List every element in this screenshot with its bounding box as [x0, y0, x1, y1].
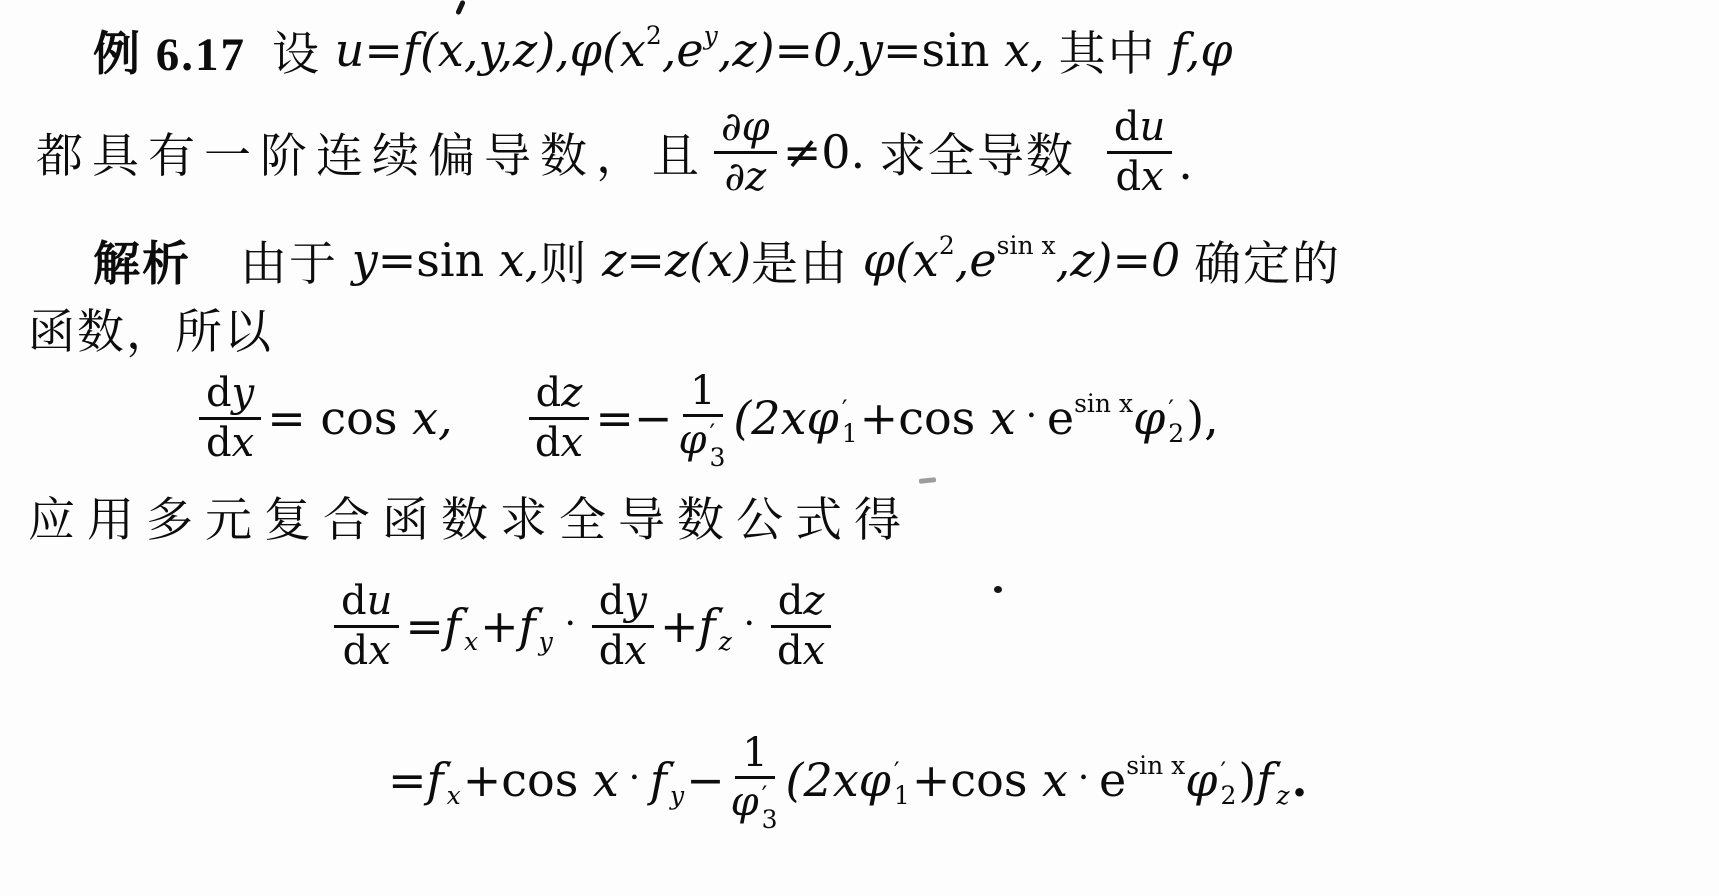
differential-d: d — [343, 629, 369, 674]
fraction-numerator: 1 — [683, 369, 722, 418]
fraction-numerator: 1 — [735, 731, 774, 780]
math-run: ,z)=0,y= — [718, 23, 922, 77]
superscript-sinx: sin x — [997, 231, 1056, 260]
fraction-numerator: dz — [529, 371, 590, 420]
solution-label: 解析 — [93, 227, 191, 294]
text-run: 函数，所以 — [28, 295, 273, 362]
fraction-denominator: dx — [343, 628, 391, 674]
period: . — [1292, 753, 1308, 807]
superscript-sinx: sin x — [1074, 389, 1133, 418]
multiplication-dot: • — [567, 613, 574, 636]
fraction-numerator: du — [1107, 105, 1172, 154]
prime-subscript-stack: ′y — [539, 605, 553, 654]
fraction-denominator: φ′3 — [731, 779, 780, 829]
equation-chain-rule-1: du dx = f ′x + f ′y • dy dx + f ′z • dz … — [328, 556, 837, 696]
fraction-one-over-phi3: 1 φ′3 — [678, 369, 727, 468]
math-run: f,φ — [1170, 23, 1232, 77]
superscript-2: 2 — [939, 231, 955, 260]
math-run: ,e — [955, 233, 997, 287]
fraction-denominator: dx — [1115, 154, 1163, 200]
prime-mark: ′ — [1168, 397, 1174, 421]
sin-function: sin — [416, 233, 484, 287]
math-run: x, — [989, 23, 1044, 77]
solution-line-3: 应用多元复合函数求全导数公式得 — [28, 486, 913, 546]
math-run: φ(x — [863, 233, 939, 287]
cos-function: cos — [898, 391, 975, 445]
close-paren: ) — [1238, 753, 1256, 807]
fraction-denominator: ∂z — [724, 154, 766, 200]
example-statement-line-2: 都具有一阶连续偏导数，且 ∂φ ∂z ≠0. 求全导数 du dx . — [36, 100, 1193, 204]
fraction-du-dx: du dx — [334, 579, 399, 674]
multiplication-dot: • — [1028, 405, 1035, 428]
fraction-dz-dx: dz dx — [771, 579, 832, 674]
text-run: 应用多元复合函数求全导数公式得 — [28, 483, 913, 550]
differential-d: d — [206, 421, 232, 466]
fraction-numerator: ∂φ — [714, 105, 777, 154]
phi-symbol: φ — [1133, 391, 1165, 445]
subscript-1: 1 — [842, 421, 858, 446]
close-paren-comma: ), — [1186, 391, 1219, 445]
prime-mark: ′ — [670, 759, 676, 783]
text-run: 是由 — [751, 227, 863, 294]
prime-mark: ′ — [539, 605, 545, 629]
example-statement-line-1: 例 6.17 设 u=f(x,y,z),φ(x 2 ,e y ,z)=0,y= … — [93, 14, 1233, 86]
math-run: x, — [484, 233, 539, 287]
variable-x: x — [803, 629, 826, 674]
scan-artifact — [994, 586, 1002, 593]
prime-mark: ′ — [447, 759, 453, 783]
function-f: f — [519, 599, 536, 653]
fraction-denominator: dx — [777, 628, 825, 674]
fraction-numerator: du — [334, 579, 399, 628]
phi-symbol: φ — [1185, 753, 1217, 807]
math-run: x, — [397, 391, 452, 445]
phi-symbol: φ — [678, 418, 706, 463]
subscript-2: 2 — [1168, 421, 1184, 446]
sin-function: sin — [922, 23, 990, 77]
variable-y: y — [624, 579, 647, 624]
equation-chain-rule-2: = f ′x + cos x • f ′y − 1 φ′3 (2xφ ′1 + … — [388, 692, 1308, 868]
prime-subscript-stack: ′y — [670, 759, 684, 808]
differential-d: d — [599, 629, 625, 674]
fraction-denominator: dx — [206, 420, 254, 466]
math-run: u=f(x,y,z),φ(x — [335, 23, 646, 77]
fraction-du-dx: du dx — [1107, 105, 1172, 200]
text-run: 都具有一阶连续偏导数，且 — [36, 119, 708, 186]
function-f: f — [650, 753, 667, 807]
prime-subscript-stack: ′2 — [1220, 759, 1236, 808]
equals-sign: = — [388, 753, 427, 807]
variable-x: x — [368, 629, 391, 674]
fraction-dy-dx: dy dx — [592, 579, 654, 674]
fraction-dz-dx: dz dx — [529, 371, 590, 466]
prime-mark: ′ — [762, 783, 768, 807]
plus-sign: + — [463, 753, 502, 807]
fraction-one-over-phi3: 1 φ′3 — [731, 731, 780, 830]
text-run: 其中 — [1059, 17, 1171, 84]
math-run: ,e — [662, 23, 704, 77]
prime-mark: ′ — [464, 605, 470, 629]
variable-z: z — [803, 579, 824, 624]
cos-function: cos — [501, 753, 578, 807]
text-run: 确定的 — [1180, 227, 1341, 294]
math-run: x — [975, 391, 1016, 445]
prime-mark: ′ — [1276, 759, 1282, 783]
euler-e: e — [1099, 753, 1126, 807]
solution-line-2: 函数，所以 — [28, 300, 273, 356]
fraction-numerator: dy — [199, 371, 261, 420]
subscript-3: 3 — [709, 445, 725, 470]
fraction-denominator: dx — [535, 420, 583, 466]
plus-sign: + — [860, 391, 899, 445]
subscript-y: y — [539, 629, 553, 654]
example-number-label: 例 6.17 — [93, 17, 246, 84]
function-f: f — [444, 599, 461, 653]
prime-subscript-stack: ′2 — [1168, 397, 1184, 446]
equation-derivatives: dy dx = cos x, dz dx =− 1 φ′3 (2xφ ′1 + … — [193, 356, 1219, 480]
prime-subscript-stack: ′1 — [842, 397, 858, 446]
text-run: 设 — [272, 17, 335, 84]
variable-x: x — [561, 421, 584, 466]
text-run: 由于 — [191, 227, 352, 294]
prime-subscript-stack: ′z — [1276, 759, 1289, 808]
solution-line-1: 解析 由于 y= sin x, 则 z=z(x) 是由 φ(x 2 ,e sin… — [93, 222, 1341, 298]
superscript-y: y — [704, 21, 718, 50]
differential-d: d — [777, 629, 803, 674]
minus-sign: − — [686, 753, 725, 807]
math-run: z=z(x) — [602, 233, 751, 287]
cos-function: cos — [320, 391, 397, 445]
subscript-x: x — [464, 629, 478, 654]
function-f: f — [1256, 753, 1273, 807]
multiplication-dot: • — [631, 767, 638, 790]
subscript-z: z — [719, 629, 732, 654]
differential-d: d — [536, 371, 562, 416]
prime-subscript-stack: ′1 — [894, 759, 910, 808]
subscript-y: y — [670, 783, 684, 808]
variable-x: x — [624, 629, 647, 674]
text-run: 求全导数 — [865, 119, 1075, 186]
math-run: ≠0. — [783, 125, 865, 179]
equals-sign: = — [267, 391, 320, 445]
equals-minus: =− — [595, 391, 672, 445]
function-f: f — [699, 599, 716, 653]
plus-sign: + — [660, 599, 699, 653]
superscript-2: 2 — [646, 21, 662, 50]
fraction-dphi-dz: ∂φ ∂z — [714, 105, 777, 200]
phi-symbol: φ — [731, 780, 759, 825]
math-run: ,z)=0 — [1056, 233, 1181, 287]
prime-mark: ′ — [842, 397, 848, 421]
cos-function: cos — [950, 753, 1027, 807]
subscript-x: x — [447, 783, 461, 808]
superscript-sinx: sin x — [1126, 751, 1185, 780]
euler-e: e — [1047, 391, 1074, 445]
prime-subscript-stack: ′x — [464, 605, 478, 654]
prime-mark: ′ — [894, 759, 900, 783]
variable-x: x — [1141, 155, 1164, 200]
differential-d: d — [1115, 155, 1141, 200]
subscript-3: 3 — [762, 807, 778, 832]
fraction-dy-dx: dy dx — [199, 371, 261, 466]
fraction-numerator: dz — [771, 579, 832, 628]
subscript-1: 1 — [894, 783, 910, 808]
fraction-denominator: φ′3 — [678, 417, 727, 467]
math-run: x — [1027, 753, 1068, 807]
prime-mark: ′ — [1220, 759, 1226, 783]
differential-d: d — [1114, 105, 1140, 150]
text-run: 则 — [539, 227, 602, 294]
prime-subscript-stack: ′3 — [709, 421, 725, 470]
equals-sign: = — [405, 599, 444, 653]
subscript-2: 2 — [1220, 783, 1236, 808]
multiplication-dot: • — [1080, 767, 1087, 790]
math-run: (2xφ — [733, 391, 838, 445]
prime-subscript-stack: ′3 — [762, 783, 778, 832]
plus-sign: + — [912, 753, 951, 807]
differential-d: d — [599, 579, 625, 624]
differential-d: d — [206, 371, 232, 416]
math-run: y= — [352, 233, 417, 287]
function-f: f — [427, 753, 444, 807]
math-run: x — [578, 753, 619, 807]
scanned-textbook-page: 例 6.17 设 u=f(x,y,z),φ(x 2 ,e y ,z)=0,y= … — [0, 0, 1719, 896]
fraction-numerator: dy — [592, 579, 654, 628]
differential-d: d — [778, 579, 804, 624]
differential-d: d — [535, 421, 561, 466]
prime-subscript-stack: ′x — [447, 759, 461, 808]
prime-subscript-stack: ′z — [719, 605, 732, 654]
subscript-z: z — [1276, 783, 1289, 808]
plus-sign: + — [480, 599, 519, 653]
variable-u: u — [1140, 105, 1166, 150]
variable-x: x — [232, 421, 255, 466]
multiplication-dot: • — [746, 613, 753, 636]
prime-mark: ′ — [719, 605, 725, 629]
prime-mark: ′ — [709, 421, 715, 445]
differential-d: d — [341, 579, 367, 624]
variable-y: y — [232, 371, 255, 416]
math-run: (2xφ — [786, 753, 891, 807]
variable-z: z — [561, 371, 582, 416]
period: . — [1178, 136, 1193, 190]
fraction-denominator: dx — [599, 628, 647, 674]
variable-u: u — [367, 579, 393, 624]
